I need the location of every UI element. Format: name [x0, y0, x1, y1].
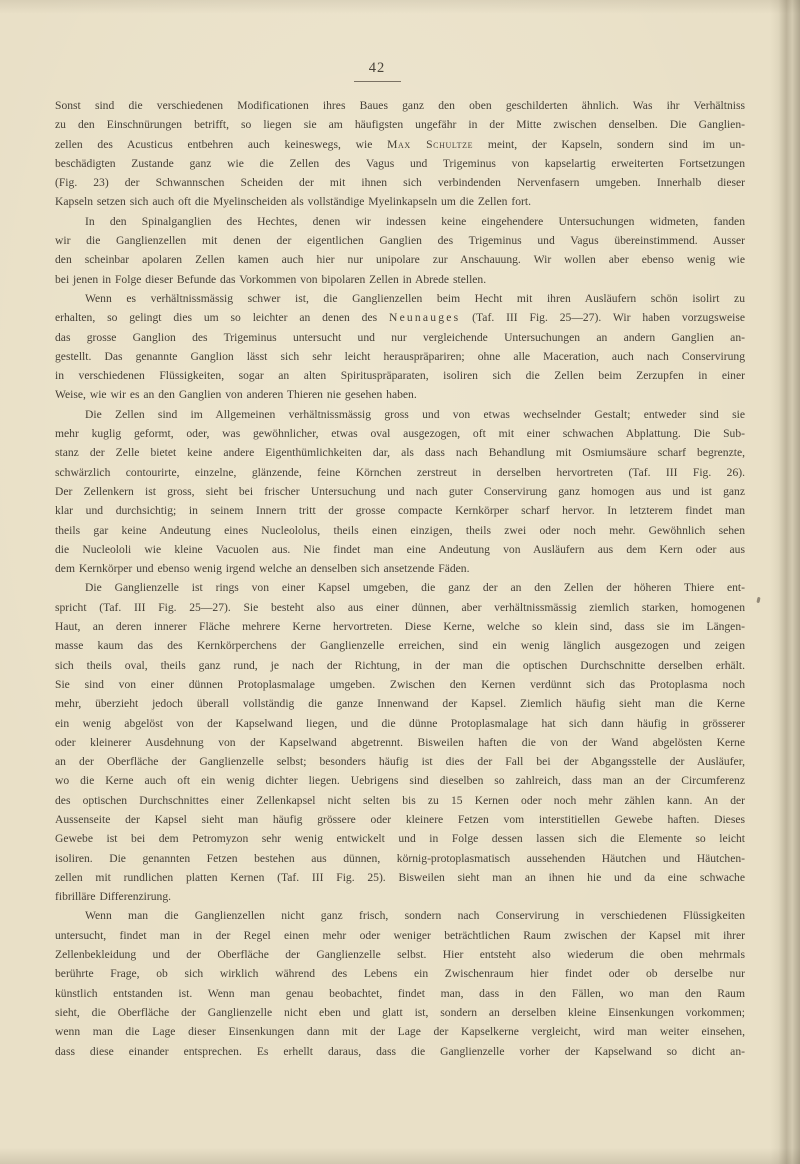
text-line: den scheinbar apolaren Zellen kamen auch… — [55, 250, 745, 269]
text-line: dass diese einander entsprechen. Es erhe… — [55, 1042, 745, 1061]
page-edge-shadow — [770, 0, 800, 1164]
page-number-rule — [354, 81, 401, 82]
text-line: mehr kuglig geformt, oder, was gewöhnlic… — [55, 424, 745, 443]
text-line: sieht, die Oberfläche der Ganglienzelle … — [55, 1003, 745, 1022]
text-line: gestellt. Das genannte Ganglion lässt si… — [55, 347, 745, 366]
text-line: stanz der Zelle bietet keine andere Eige… — [55, 443, 745, 462]
text-line: In den Spinalganglien des Hechtes, denen… — [55, 212, 745, 231]
paragraph: Die Ganglienzelle ist rings von einer Ka… — [55, 578, 745, 906]
text-line: oder kleinerer Ausdehnung von der Kapsel… — [55, 733, 745, 752]
text-line: berührte Frage, ob sich wirklich während… — [55, 964, 745, 983]
text-line: Der Zellenkern ist gross, sieht bei fris… — [55, 482, 745, 501]
text-line: zellen mit rundlichen platten Kernen (Ta… — [55, 868, 745, 887]
text-line: bei jenen in Folge dieser Befunde das Vo… — [55, 270, 745, 289]
text-line: in verschiedenen Flüssigkeiten, sogar an… — [55, 366, 745, 385]
paragraph: Wenn man die Ganglienzellen nicht ganz f… — [55, 906, 745, 1060]
text-line: Sonst sind die verschiedenen Modificatio… — [55, 96, 745, 115]
text-line: dem Kernkörper und ebenso wenig irgend w… — [55, 559, 745, 578]
page-header: 42 — [0, 60, 777, 82]
letterspaced-word: Neunauges — [389, 311, 460, 324]
text-line: beschädigten Zustande ganz wie die Zelle… — [55, 154, 745, 173]
text-line: theils gar keine Andeutung eines Nucleol… — [55, 521, 745, 540]
text-line: schwärzlich contourirte, einzelne, glänz… — [55, 463, 745, 482]
text-line: ein wenig abgelöst von der Kapselwand li… — [55, 714, 745, 733]
text-line: wenn man die Lage dieser Einsenkungen da… — [55, 1022, 745, 1041]
scan-speck — [756, 597, 760, 603]
paragraph: In den Spinalganglien des Hechtes, denen… — [55, 212, 745, 289]
text-line: zu den Einschnürungen betrifft, so liege… — [55, 115, 745, 134]
smallcaps-name: Max Schultze — [387, 138, 473, 151]
text-line: die Nucleololi wie kleine Vacuolen aus. … — [55, 540, 745, 559]
text-line: Weise, wie wir es an den Ganglien von an… — [55, 385, 745, 404]
text-line: des optischen Durchschnittes einer Zelle… — [55, 791, 745, 810]
text-line: masse kaum das des Kernkörperchens der G… — [55, 636, 745, 655]
text-line: an der Oberfläche der Ganglienzelle selb… — [55, 752, 745, 771]
text-line: Aussenseite der Kapsel sieht man häufig … — [55, 810, 745, 829]
text-line: Zellenbekleidung und der Oberfläche der … — [55, 945, 745, 964]
text-line: wir die Ganglienzellen mit denen der eig… — [55, 231, 745, 250]
paragraph: Wenn es verhältnissmässig schwer ist, di… — [55, 289, 745, 405]
paragraph: Die Zellen sind im Allgemeinen verhältni… — [55, 405, 745, 579]
text-line: Gewebe ist bei dem Petromyzon sehr wenig… — [55, 829, 745, 848]
page-number: 42 — [0, 60, 777, 77]
text-line: Sie sind von einer dünnen Protoplasmalag… — [55, 675, 745, 694]
text-line: Wenn man die Ganglienzellen nicht ganz f… — [55, 906, 745, 925]
text-line: (Fig. 23) der Schwannschen Scheiden der … — [55, 173, 745, 192]
text-line: untersucht, findet man in der Regel eine… — [55, 926, 745, 945]
text-block: Sonst sind die verschiedenen Modificatio… — [55, 96, 745, 1061]
text-line: das grosse Ganglion des Trigeminus unter… — [55, 328, 745, 347]
text-line: künstlich entstanden ist. Wenn man genau… — [55, 984, 745, 1003]
text-line: Die Zellen sind im Allgemeinen verhältni… — [55, 405, 745, 424]
book-page: 42 Sonst sind die verschiedenen Modifica… — [0, 0, 800, 1164]
text-line: Kapseln setzen sich auch oft die Myelins… — [55, 192, 745, 211]
text-line: sich theils oval, theils ganz rund, je n… — [55, 656, 745, 675]
text-line: Haut, an deren innerer Fläche mehrere Ke… — [55, 617, 745, 636]
text-line: erhalten, so gelingt dies um so leichter… — [55, 308, 745, 327]
text-line: isoliren. Die genannten Fetzen bestehen … — [55, 849, 745, 868]
text-line: zellen des Acusticus entbehren auch kein… — [55, 135, 745, 154]
text-line: Wenn es verhältnissmässig schwer ist, di… — [55, 289, 745, 308]
text-line: klar und durchsichtig; in seinem Innern … — [55, 501, 745, 520]
paragraph: Sonst sind die verschiedenen Modificatio… — [55, 96, 745, 212]
text-line: fibrilläre Differenzirung. — [55, 887, 745, 906]
text-line: mehr, überzieht jedoch überall vollständ… — [55, 694, 745, 713]
text-line: spricht (Taf. III Fig. 25—27). Sie beste… — [55, 598, 745, 617]
text-line: Die Ganglienzelle ist rings von einer Ka… — [55, 578, 745, 597]
text-line: wo die Kerne auch oft ein wenig dichter … — [55, 771, 745, 790]
